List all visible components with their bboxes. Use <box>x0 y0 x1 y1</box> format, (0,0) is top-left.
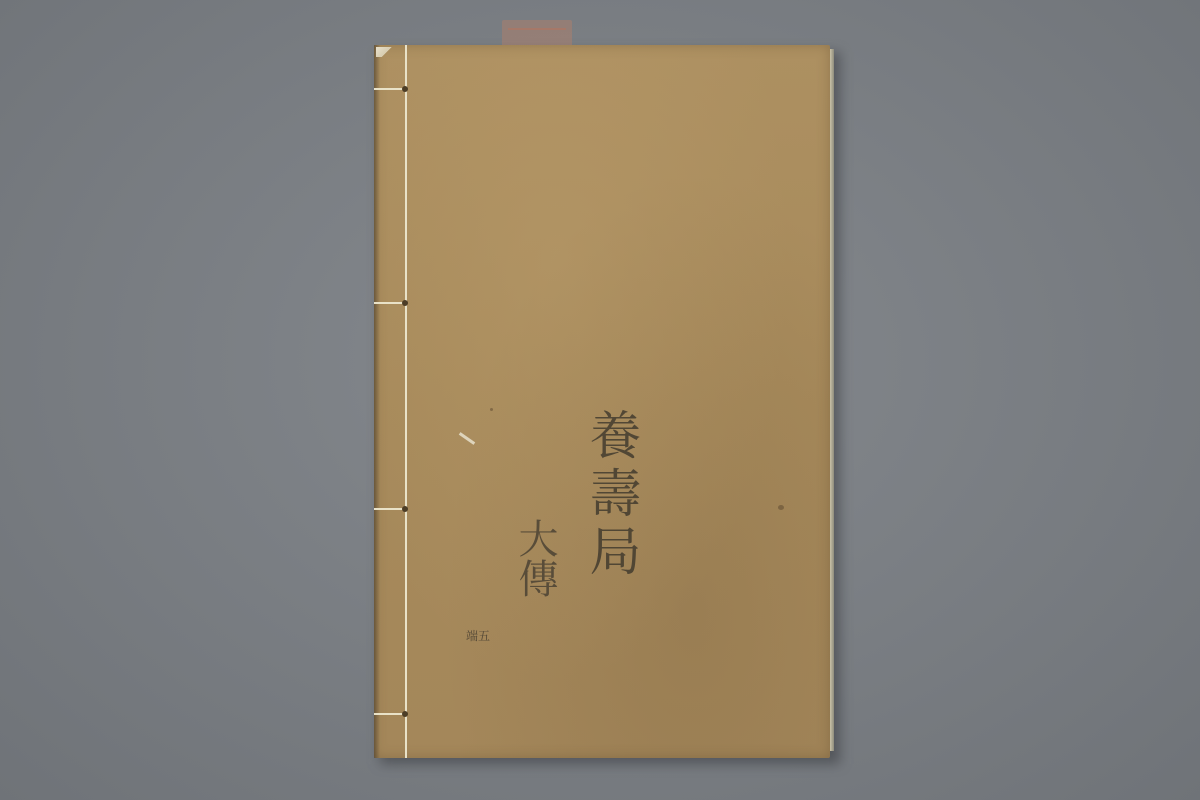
scratch-mark <box>459 432 475 445</box>
page-edge <box>830 49 834 751</box>
corner-tear <box>376 47 392 57</box>
book-cover <box>374 45 830 758</box>
stitch-hole <box>402 300 408 306</box>
cover-small-inscription: 端五 <box>466 627 490 644</box>
photo-scene: 養壽局 大傳 端五 <box>0 0 1200 800</box>
binding-thread <box>405 45 407 758</box>
cover-subtitle-calligraphy: 大傳 <box>512 518 558 598</box>
stitch-hole <box>402 711 408 717</box>
stitch-hole <box>402 506 408 512</box>
cover-title-calligraphy: 養壽局 <box>580 408 640 582</box>
stitch-hole <box>402 86 408 92</box>
stain-spot <box>490 408 493 411</box>
stain-spot <box>778 505 784 510</box>
spine-shade <box>374 45 380 758</box>
